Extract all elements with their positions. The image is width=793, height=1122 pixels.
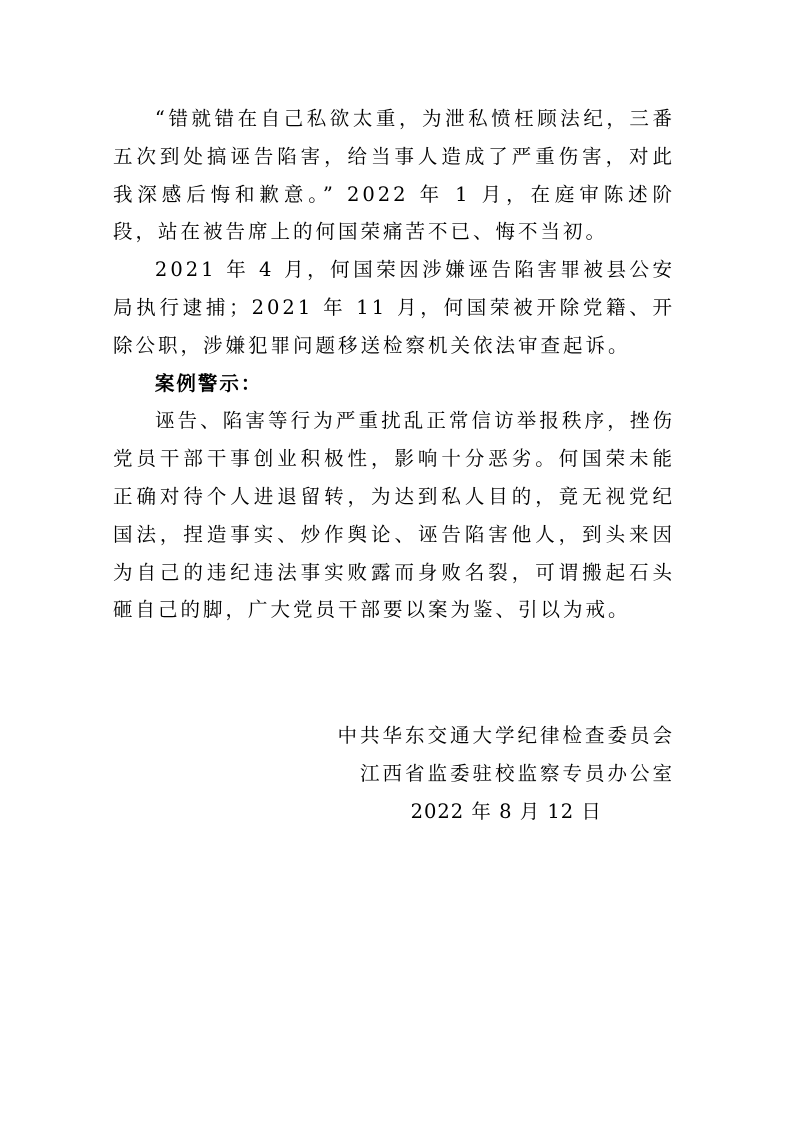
signature-org-line-2: 江西省监委驻校监察专员办公室 — [337, 755, 675, 793]
section-heading-case-warning: 案例警示： — [113, 365, 675, 403]
document-page: “错就错在自己私欲太重，为泄私愤枉顾法纪，三番五次到处搞诬告陷害，给当事人造成了… — [0, 0, 793, 1122]
signature-date: 2022 年 8 月 12 日 — [337, 793, 675, 831]
signature-org-line-1: 中共华东交通大学纪律检查委员会 — [337, 717, 675, 755]
document-body: “错就错在自己私欲太重，为泄私愤枉顾法纪，三番五次到处搞诬告陷害，给当事人造成了… — [113, 100, 675, 629]
paragraph-case-warning: 诬告、陷害等行为严重扰乱正常信访举报秩序，挫伤党员干部干事创业积极性，影响十分恶… — [113, 402, 675, 629]
paragraph-arrest-facts: 2021 年 4 月，何国荣因涉嫌诬告陷害罪被县公安局执行逮捕；2021 年 1… — [113, 251, 675, 364]
paragraph-confession-quote: “错就错在自己私欲太重，为泄私愤枉顾法纪，三番五次到处搞诬告陷害，给当事人造成了… — [113, 100, 675, 251]
signature-block: 中共华东交通大学纪律检查委员会 江西省监委驻校监察专员办公室 2022 年 8 … — [113, 717, 675, 830]
signature-inner: 中共华东交通大学纪律检查委员会 江西省监委驻校监察专员办公室 2022 年 8 … — [337, 717, 675, 830]
